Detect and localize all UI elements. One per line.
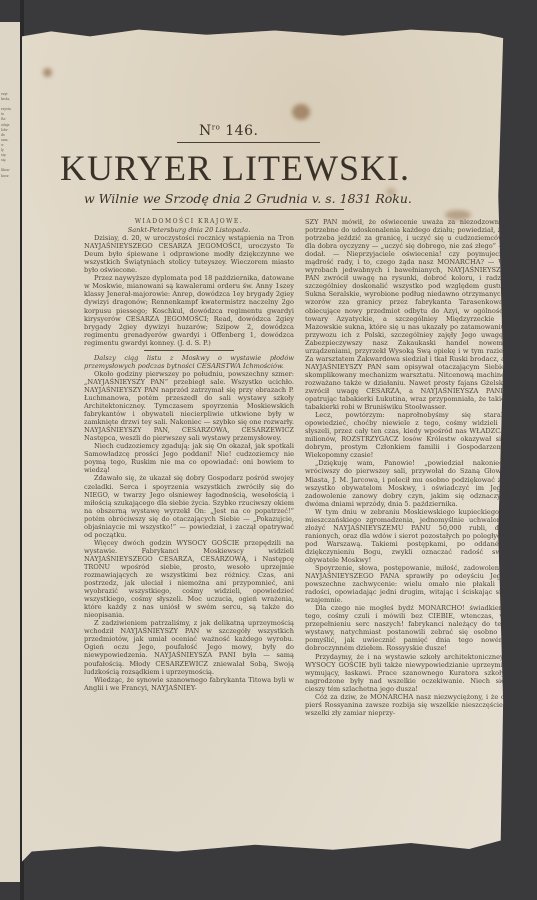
paragraph: W tym dniu w zebraniu Moskiewskiego kupi… <box>305 508 505 564</box>
paragraph: Dzisiay, d. 20, w uroczystości rocznicy … <box>84 234 294 274</box>
issue-number: Nro 146. <box>199 123 258 139</box>
article-divider <box>144 350 234 351</box>
right-column: SZY PAN mówił, że oświecenie uważa za ni… <box>305 218 505 717</box>
article-subheading: Dalszy ciąg listu z Moskwy o wystawie pł… <box>84 354 294 370</box>
paragraph: Więcey dwóch godzin WYSOCY GOŚCIE przepę… <box>84 539 294 619</box>
paragraph: „Dziękuję wam, Panowie! „powiedział nako… <box>305 459 505 507</box>
paragraph: SZY PAN mówił, że oświecenie uważa za ni… <box>305 218 505 411</box>
left-column: WIADOMOŚCI KRAJOWE. Sankt-Petersburg dni… <box>84 218 294 692</box>
dateline-rule <box>152 209 344 210</box>
newspaper-title: KURYER LITEWSKI. <box>60 147 410 189</box>
place-heading: Sankt-Petersburg dnia 20 Listopada. <box>84 226 294 234</box>
number-prefix: N <box>199 123 212 139</box>
paragraph: Przez naywyższe dyplomata pod 18 paździe… <box>84 274 294 346</box>
paragraph: Przydaymy, że i na wystawie szkoły archi… <box>305 653 505 693</box>
number-value: 146. <box>225 123 258 139</box>
paragraph: Zdawało się, że ukazał się dobry Gospoda… <box>84 474 294 538</box>
newspaper-page: Nro 146. KURYER LITEWSKI. w Wilnie we Sr… <box>22 28 508 870</box>
paragraph: Cóż za dziw, że MONARCHA nasz niezwycięż… <box>305 693 505 717</box>
masthead-rule <box>177 142 320 143</box>
paragraph: Z zadziwieniem patrzaliśmy, z jak delika… <box>84 619 294 675</box>
number-sup: ro <box>212 123 221 131</box>
stain <box>292 104 310 120</box>
stain <box>43 68 52 77</box>
section-heading: WIADOMOŚCI KRAJOWE. <box>84 218 294 226</box>
dateline: w Wilnie we Srzodę dnia 2 Grudnia v. s. … <box>84 191 412 206</box>
facing-page-fragment: ezyi- krola, rzysta to Ra- zdaje lobr- d… <box>0 22 20 882</box>
paragraph: Wiedząc, że synowie szanownego fabrykant… <box>84 676 294 692</box>
paragraph: Około godziny pierwszey po południu, pow… <box>84 370 294 442</box>
facing-page-text: ezyi- krola, rzysta to Ra- zdaje lobr- d… <box>0 22 20 179</box>
paragraph: Spoyrzenie, słowa, postępowanie, miłość,… <box>305 564 505 604</box>
paragraph: Niech cudzoziemcy zgadują: jak się On ok… <box>84 442 294 474</box>
paragraph: Lecz, powtórzym: naprołnobyśmy się stara… <box>305 411 505 459</box>
paragraph: Dla czego nie mogłeś bydź MONARCHO! świa… <box>305 604 505 652</box>
